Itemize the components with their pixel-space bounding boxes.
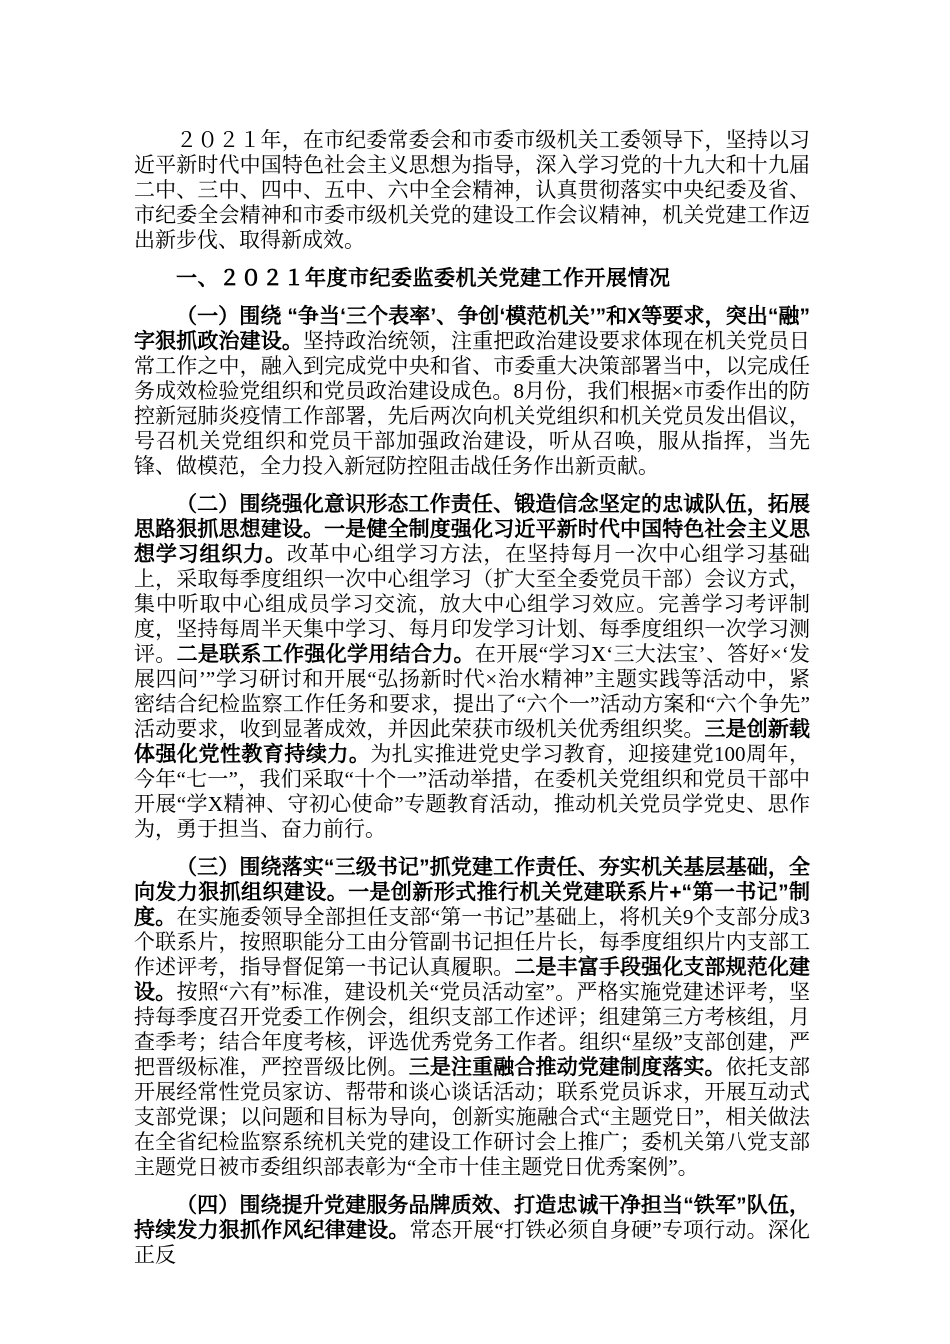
bold-text-segment: 三是注重融合推动党建制度落实。 [409,1056,726,1079]
paragraph: （三）围绕落实“三级书记”抓党建工作责任、夯实机关基层基础，全向发力狠抓组织建设… [134,855,810,1180]
paragraph: （二）围绕强化意识形态工作责任、锻造信念坚定的忠诚队伍，拓展思路狠抓思想建设。一… [134,492,810,842]
paragraph: （一）围绕 “争当‘三个表率’、争创‘模范机关’”和X等要求，突出“融”字狠抓政… [134,304,810,479]
paragraph: （四）围绕提升党建服务品牌质效、打造忠诚干净担当“铁军”队伍，持续发力狠抓作风纪… [134,1193,810,1268]
document-body: ２０２１年，在市纪委常委会和市委市级机关工委领导下，坚持以习近平新时代中国特色社… [134,128,810,1268]
document-page: ２０２１年，在市纪委常委会和市委市级机关工委领导下，坚持以习近平新时代中国特色社… [0,0,950,1344]
section-heading: 一、２０２１年度市纪委监委机关党建工作开展情况 [134,266,810,291]
text-segment: ２０２１年，在市纪委常委会和市委市级机关工委领导下，坚持以习近平新时代中国特色社… [134,128,810,252]
bold-text-segment: 二是联系工作强化学用结合力。 [177,643,475,666]
bold-text-segment: 一、２０２１年度市纪委监委机关党建工作开展情况 [176,267,671,290]
paragraph: ２０２１年，在市纪委常委会和市委市级机关工委领导下，坚持以习近平新时代中国特色社… [134,128,810,253]
